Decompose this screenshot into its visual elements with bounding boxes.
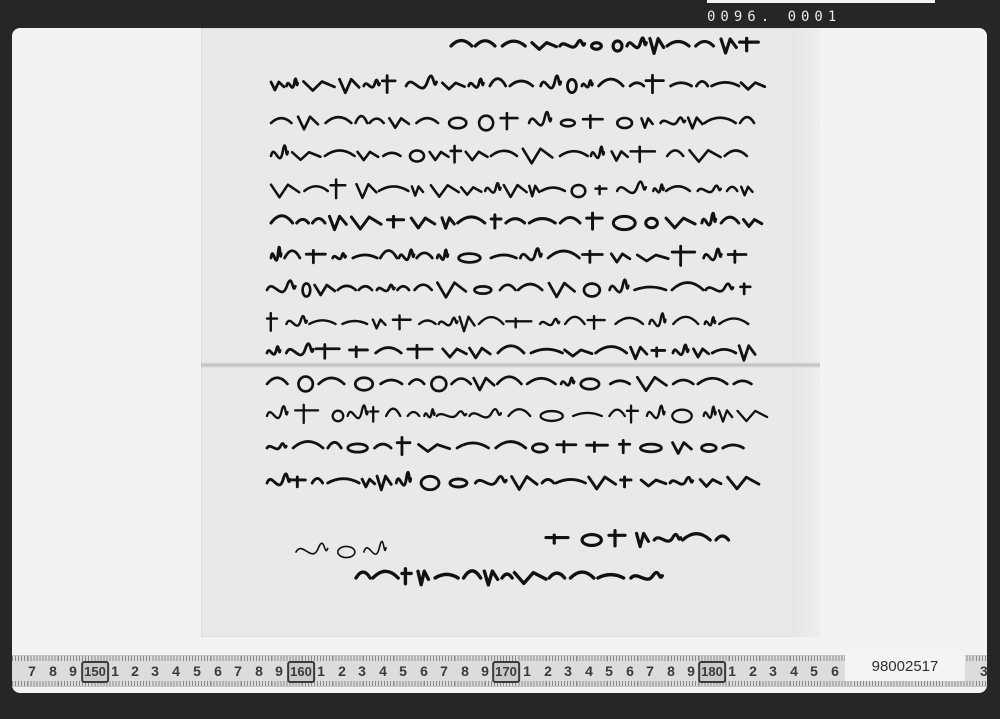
handwritten-line — [296, 541, 386, 557]
ruler-number: 8 — [255, 662, 263, 680]
scan-frame: 0096. 0001 78915012345678916012345678917… — [0, 0, 1000, 719]
ruler-number: 9 — [481, 662, 489, 680]
ruler-number: 3 — [358, 662, 366, 680]
handwritten-line — [267, 377, 751, 392]
ruler-number: 3 — [564, 662, 572, 680]
ruler-number: 1 — [728, 662, 736, 680]
handwritten-line — [267, 437, 743, 454]
ruler-number: 5 — [605, 662, 613, 680]
frame-number: 0096. 0001 — [707, 8, 841, 26]
ruler-number: 150 — [81, 661, 109, 683]
ruler-end-number: 3 — [980, 662, 988, 680]
ruler-number: 4 — [790, 662, 798, 680]
ruler-number: 9 — [69, 662, 77, 680]
ruler-number: 5 — [399, 662, 407, 680]
handwritten-line — [267, 280, 750, 297]
ruler-number: 9 — [687, 662, 695, 680]
ruler-number: 2 — [749, 662, 757, 680]
handwritten-line — [267, 344, 755, 361]
ruler-number: 4 — [585, 662, 593, 680]
ruler-number: 4 — [379, 662, 387, 680]
ruler-number: 6 — [420, 662, 428, 680]
handwritten-line — [356, 569, 662, 585]
ruler-numbers: 7891501234567891601234567891701234567891… — [12, 656, 987, 686]
ruler-number: 7 — [440, 662, 448, 680]
handwritten-line — [267, 313, 748, 331]
handwritten-line — [271, 246, 746, 265]
measurement-ruler: 7891501234567891601234567891701234567891… — [12, 655, 987, 687]
ruler-number: 5 — [810, 662, 818, 680]
ruler-number: 6 — [831, 662, 839, 680]
ruler-number: 7 — [234, 662, 242, 680]
document-paper — [201, 28, 820, 637]
ruler-number: 6 — [626, 662, 634, 680]
ruler-number: 170 — [492, 661, 520, 683]
handwritten-line — [267, 472, 759, 489]
ruler-number: 2 — [544, 662, 552, 680]
ruler-number: 7 — [28, 662, 36, 680]
handwritten-line — [451, 38, 758, 53]
handwritten-line — [271, 180, 752, 199]
ruler-number: 2 — [338, 662, 346, 680]
ruler-number: 6 — [214, 662, 222, 680]
ruler-number: 7 — [646, 662, 654, 680]
handwritten-line — [271, 146, 747, 164]
ruler-number: 1 — [317, 662, 325, 680]
ruler-number: 8 — [461, 662, 469, 680]
handwritten-line — [546, 531, 729, 547]
ruler-number: 1 — [523, 662, 531, 680]
ruler-number: 180 — [698, 661, 726, 683]
ruler-number: 5 — [193, 662, 201, 680]
handwritten-line — [271, 75, 765, 93]
ruler-number: 4 — [172, 662, 180, 680]
ruler-number: 3 — [769, 662, 777, 680]
ruler-number: 1 — [111, 662, 119, 680]
ruler-number: 8 — [49, 662, 57, 680]
handwritten-line — [267, 405, 767, 423]
top-film-strip — [707, 0, 935, 3]
ruler-number: 9 — [275, 662, 283, 680]
ruler-number: 2 — [131, 662, 139, 680]
ruler-number: 3 — [151, 662, 159, 680]
ruler-number: 8 — [667, 662, 675, 680]
handwritten-line — [271, 112, 754, 130]
ruler-number: 160 — [287, 661, 315, 683]
handwritten-text — [201, 28, 820, 637]
handwritten-line — [271, 213, 762, 230]
catalog-id-label: 98002517 — [845, 653, 965, 681]
